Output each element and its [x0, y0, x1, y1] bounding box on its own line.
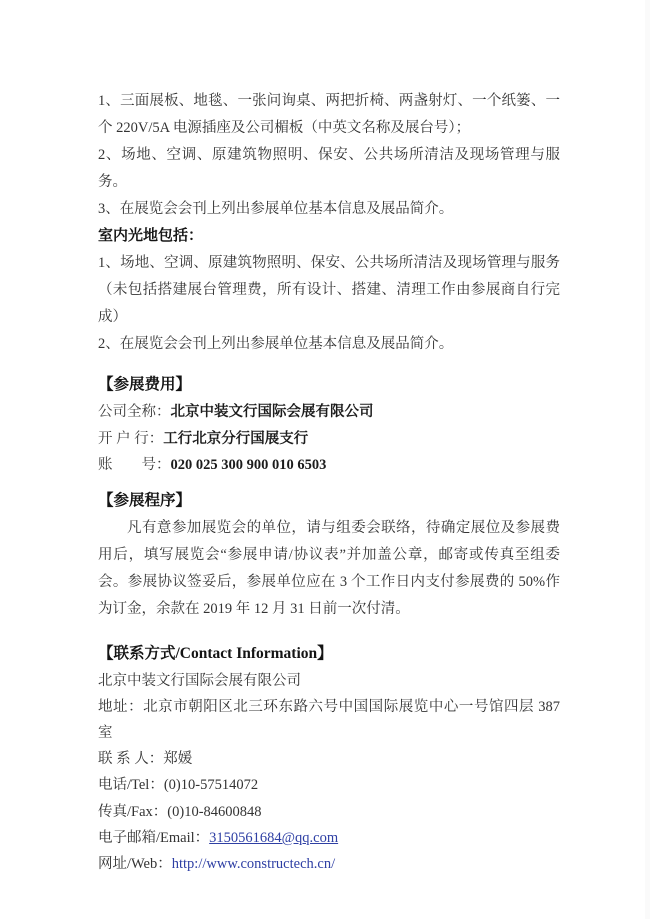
procedure-section-heading: 【参展程序】: [98, 487, 560, 515]
contact-fax-label: 传真/Fax：: [98, 804, 167, 820]
indoor-space-item-1: 1、场地、空调、原建筑物照明、保安、公共场所清洁及现场管理与服务（未包括搭建展台…: [98, 250, 560, 331]
fees-company-name-value: 北京中装文行国际会展有限公司: [171, 404, 374, 420]
fees-account-value: 020 025 300 900 010 6503: [171, 457, 327, 473]
contact-fax-row: 传真/Fax：(0)10-84600848: [98, 799, 560, 825]
contact-person-value: 郑媛: [163, 751, 192, 767]
contact-email-label: 电子邮箱/Email：: [98, 830, 209, 846]
contact-address-row: 地址：北京市朝阳区北三环东路六号中国国际展览中心一号馆四层 387 室: [98, 694, 560, 746]
document-content: 1、三面展板、地毯、一张问询桌、两把折椅、两盏射灯、一个纸篓、一个 220V/5…: [0, 0, 650, 877]
contact-web-label: 网址/Web：: [98, 856, 172, 872]
fees-account-row: 账 号：020 025 300 900 010 6503: [98, 452, 560, 479]
contact-email-row: 电子邮箱/Email：3150561684@qq.com: [98, 825, 560, 851]
contact-tel-value: (0)10-57514072: [164, 777, 258, 793]
fees-bank-row: 开 户 行：工行北京分行国展支行: [98, 426, 560, 453]
booth-includes-item-2: 2、场地、空调、原建筑物照明、保安、公共场所清洁及现场管理与服务。: [98, 142, 560, 196]
contact-web-link[interactable]: http://www.constructech.cn/: [172, 856, 335, 872]
fees-bank-label: 开 户 行：: [98, 431, 163, 447]
indoor-space-item-2: 2、在展览会会刊上列出参展单位基本信息及展品简介。: [98, 331, 560, 358]
fees-company-name-label: 公司全称：: [98, 404, 171, 420]
contact-company-name: 北京中装文行国际会展有限公司: [98, 668, 560, 694]
contact-fax-value: (0)10-84600848: [167, 804, 261, 820]
fees-section-heading: 【参展费用】: [98, 371, 560, 399]
contact-address-label: 地址：: [98, 699, 143, 715]
booth-includes-item-1: 1、三面展板、地毯、一张问询桌、两把折椅、两盏射灯、一个纸篓、一个 220V/5…: [98, 88, 560, 142]
fees-account-label: 账 号：: [98, 457, 171, 473]
contact-person-row: 联 系 人：郑媛: [98, 746, 560, 772]
contact-email-link[interactable]: 3150561684@qq.com: [209, 830, 338, 846]
document-page: 1、三面展板、地毯、一张问询桌、两把折椅、两盏射灯、一个纸篓、一个 220V/5…: [0, 0, 650, 919]
fees-company-name-row: 公司全称：北京中装文行国际会展有限公司: [98, 399, 560, 426]
fees-bank-value: 工行北京分行国展支行: [163, 431, 308, 447]
contact-tel-row: 电话/Tel：(0)10-57514072: [98, 772, 560, 798]
procedure-paragraph: 凡有意参加展览会的单位，请与组委会联络，待确定展位及参展费用后，填写展览会“参展…: [98, 515, 560, 623]
contact-section-heading: 【联系方式/Contact Information】: [98, 640, 560, 668]
indoor-space-heading: 室内光地包括：: [98, 223, 560, 250]
contact-web-row: 网址/Web：http://www.constructech.cn/: [98, 851, 560, 877]
contact-person-label: 联 系 人：: [98, 751, 163, 767]
booth-includes-item-3: 3、在展览会会刊上列出参展单位基本信息及展品简介。: [98, 196, 560, 223]
contact-address-value: 北京市朝阳区北三环东路六号中国国际展览中心一号馆四层 387 室: [98, 699, 560, 741]
contact-tel-label: 电话/Tel：: [98, 777, 164, 793]
